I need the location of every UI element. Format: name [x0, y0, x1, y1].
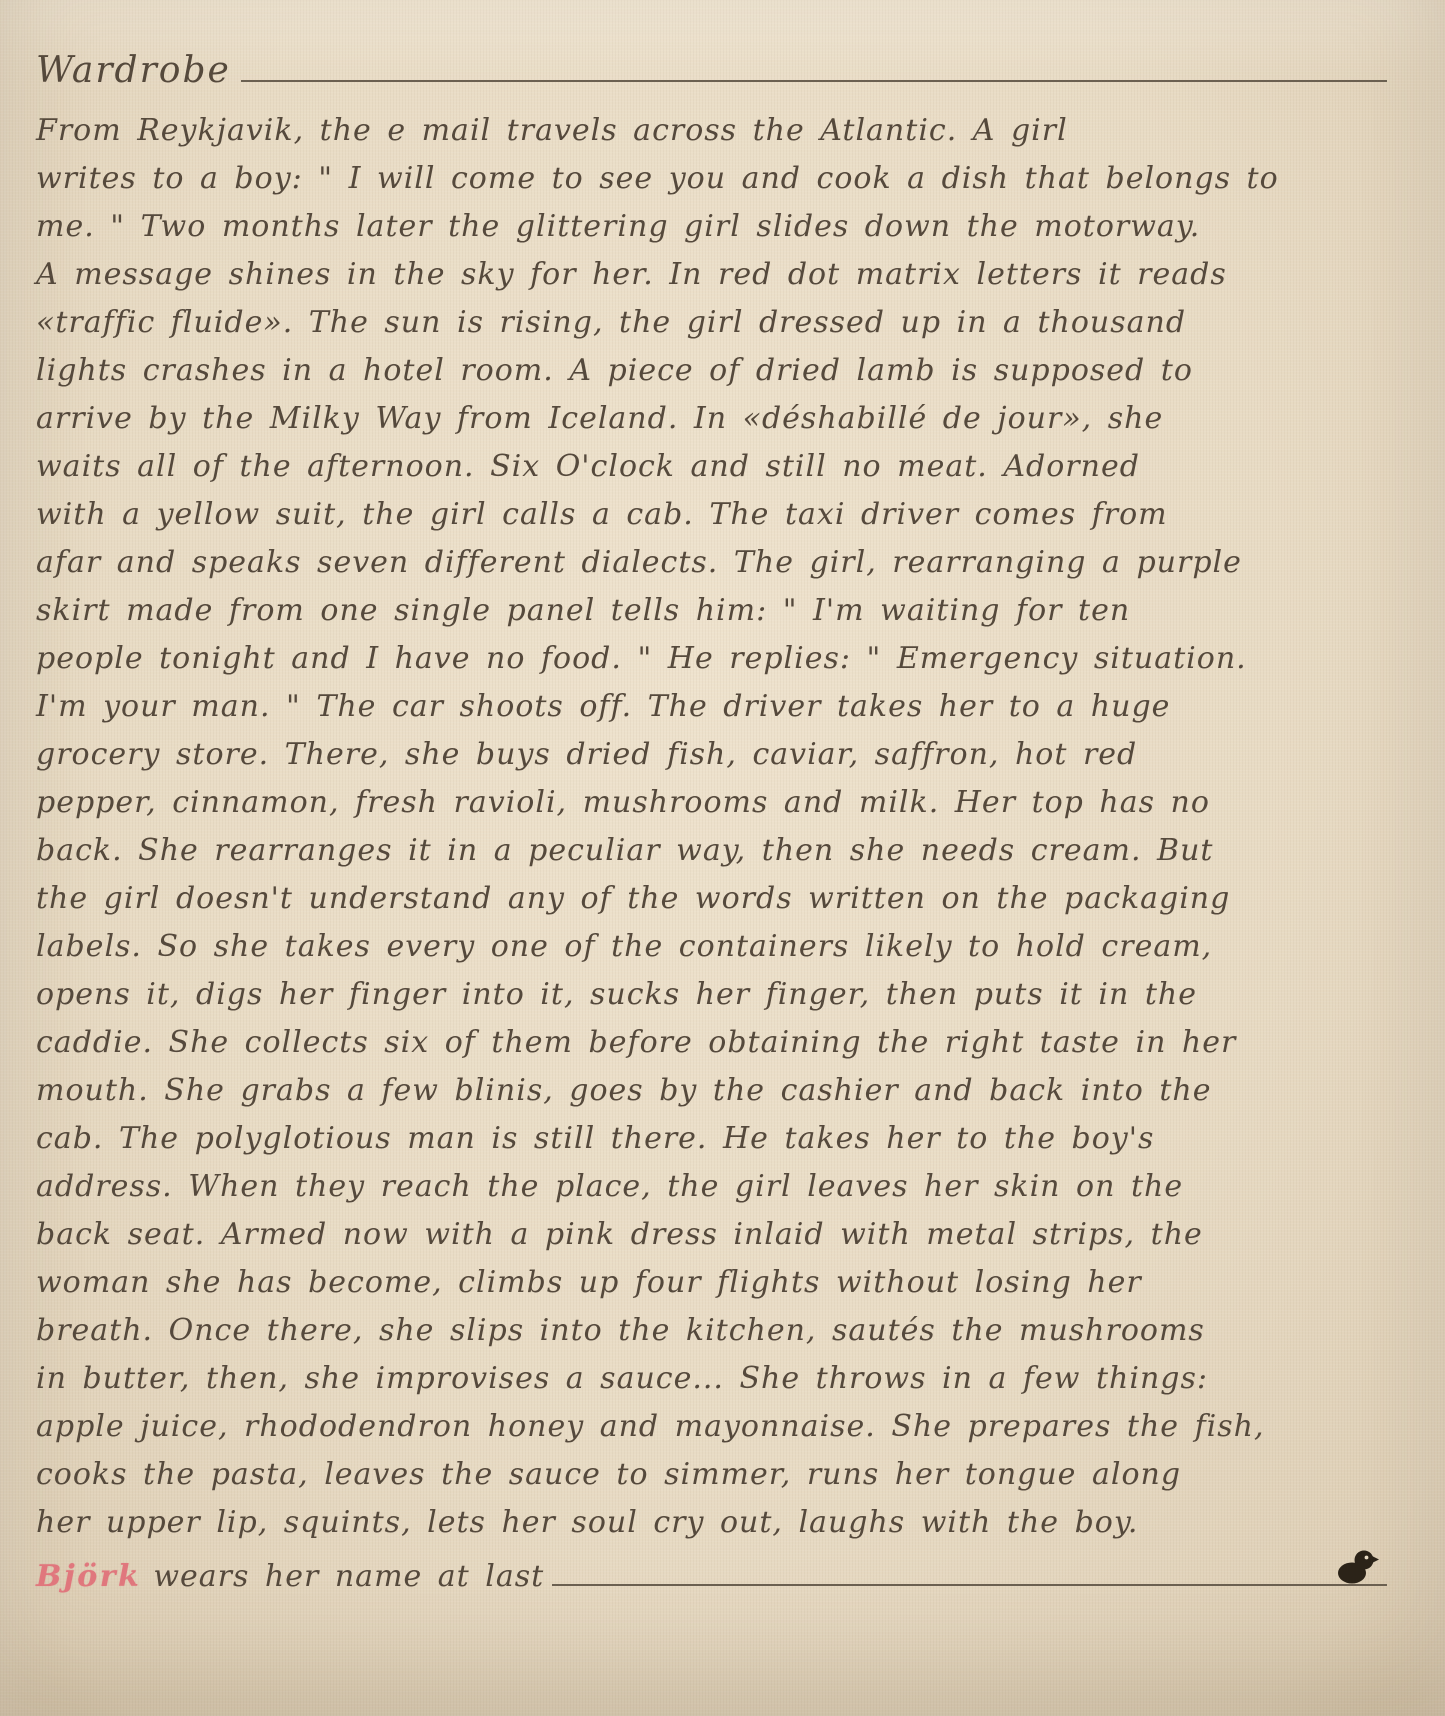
- handwritten-line: her upper lip, squints, lets her soul cr…: [36, 1499, 1387, 1547]
- handwritten-line: afar and speaks seven different dialects…: [36, 539, 1387, 587]
- handwritten-line: cooks the pasta, leaves the sauce to sim…: [36, 1451, 1387, 1499]
- signature-bjork: Björk: [36, 1559, 141, 1594]
- handwritten-line: skirt made from one single panel tells h…: [36, 587, 1387, 635]
- footer-text: wears her name at last: [153, 1559, 544, 1594]
- handwritten-line: pepper, cinnamon, fresh ravioli, mushroo…: [36, 779, 1387, 827]
- handwritten-line: labels. So she takes every one of the co…: [36, 923, 1387, 971]
- handwritten-line: cab. The polyglotious man is still there…: [36, 1115, 1387, 1163]
- handwritten-line: arrive by the Milky Way from Iceland. In…: [36, 395, 1387, 443]
- handwritten-line: mouth. She grabs a few blinis, goes by t…: [36, 1067, 1387, 1115]
- handwritten-line: A message shines in the sky for her. In …: [36, 251, 1387, 299]
- handwritten-line: people tonight and I have no food. " He …: [36, 635, 1387, 683]
- handwritten-line: writes to a boy: " I will come to see yo…: [36, 155, 1387, 203]
- handwritten-line: with a yellow suit, the girl calls a cab…: [36, 491, 1387, 539]
- handwritten-body: From Reykjavik, the e mail travels acros…: [36, 107, 1387, 1547]
- handwritten-line: opens it, digs her finger into it, sucks…: [36, 971, 1387, 1019]
- handwritten-line: lights crashes in a hotel room. A piece …: [36, 347, 1387, 395]
- footer-row: Björk wears her name at last: [36, 1559, 1387, 1594]
- manuscript-page: Wardrobe From Reykjavik, the e mail trav…: [0, 0, 1445, 1716]
- handwritten-line: caddie. She collects six of them before …: [36, 1019, 1387, 1067]
- handwritten-line: breath. Once there, she slips into the k…: [36, 1307, 1387, 1355]
- handwritten-line: back seat. Armed now with a pink dress i…: [36, 1211, 1387, 1259]
- handwritten-line: address. When they reach the place, the …: [36, 1163, 1387, 1211]
- footer-underline: [552, 1584, 1387, 1586]
- manuscript-content: Wardrobe From Reykjavik, the e mail trav…: [36, 50, 1387, 1594]
- handwritten-line: woman she has become, climbs up four fli…: [36, 1259, 1387, 1307]
- handwritten-line: back. She rearranges it in a peculiar wa…: [36, 827, 1387, 875]
- handwritten-line: the girl doesn't understand any of the w…: [36, 875, 1387, 923]
- title-underline: [241, 80, 1387, 82]
- duck-icon: [1337, 1548, 1379, 1584]
- handwritten-line: me. " Two months later the glittering gi…: [36, 203, 1387, 251]
- handwritten-line: waits all of the afternoon. Six O'clock …: [36, 443, 1387, 491]
- title-row: Wardrobe: [36, 50, 1387, 91]
- page-title: Wardrobe: [36, 50, 231, 91]
- handwritten-line: From Reykjavik, the e mail travels acros…: [36, 107, 1387, 155]
- handwritten-line: I'm your man. " The car shoots off. The …: [36, 683, 1387, 731]
- handwritten-line: «traffic fluide». The sun is rising, the…: [36, 299, 1387, 347]
- handwritten-line: grocery store. There, she buys dried fis…: [36, 731, 1387, 779]
- handwritten-line: in butter, then, she improvises a sauce.…: [36, 1355, 1387, 1403]
- handwritten-line: apple juice, rhododendron honey and mayo…: [36, 1403, 1387, 1451]
